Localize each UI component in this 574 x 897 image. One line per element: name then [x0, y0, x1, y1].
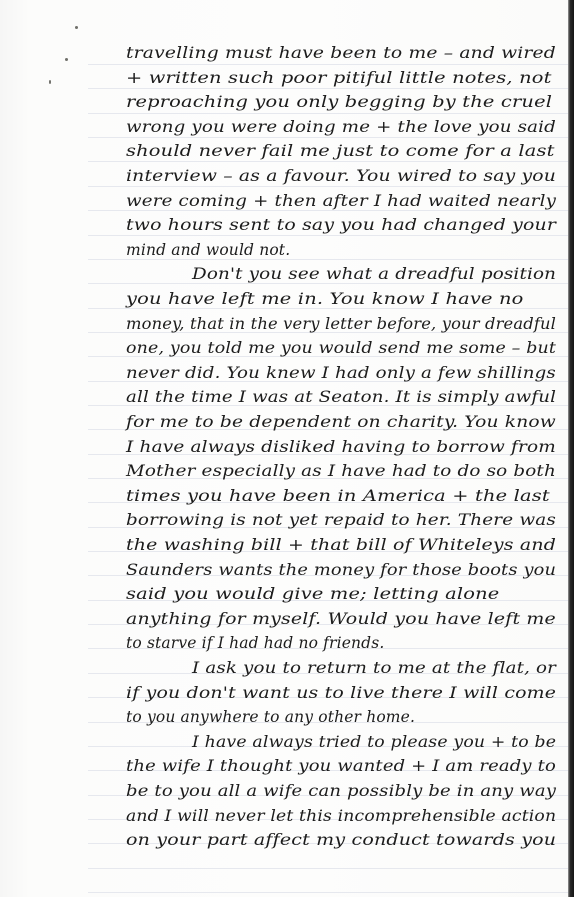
handwritten-line: to you anywhere to any other home.	[126, 710, 415, 726]
handwritten-line: travelling must have been to me – and wi…	[126, 46, 556, 62]
handwritten-line: were coming + then after I had waited ne…	[126, 194, 556, 210]
handwritten-line: the wife I thought you wanted + I am rea…	[126, 759, 556, 775]
handwritten-line: anything for myself. Would you have left…	[126, 612, 556, 628]
handwritten-line: I ask you to return to me at the flat, o…	[192, 661, 556, 677]
handwritten-line: Mother especially as I have had to do so…	[126, 464, 556, 480]
handwritten-line: for me to be dependent on charity. You k…	[126, 415, 556, 431]
handwritten-line: borrowing is not yet repaid to her. Ther…	[126, 513, 556, 529]
handwritten-line: should never fail me just to come for a …	[126, 144, 555, 160]
handwritten-line: said you would give me; letting alone	[126, 587, 499, 603]
handwritten-line: reproaching you only begging by the crue…	[126, 95, 552, 111]
handwritten-line: on your part affect my conduct towards y…	[126, 833, 556, 849]
handwritten-line: Don't you see what a dreadful position	[192, 267, 556, 283]
handwritten-line: one, you told me you would send me some …	[126, 341, 556, 357]
handwritten-line: to starve if I had had no friends.	[126, 636, 384, 652]
handwritten-line: mind and would not.	[126, 243, 290, 259]
handwritten-line: times you have been in America + the las…	[126, 489, 550, 505]
handwritten-line: wrong you were doing me + the love you s…	[126, 120, 556, 136]
handwritten-line: you have left me in. You know I have no	[126, 292, 524, 308]
handwritten-line: never did. You knew I had only a few shi…	[126, 366, 556, 382]
handwritten-line: interview – as a favour. You wired to sa…	[126, 169, 556, 185]
handwritten-line: if you don't want us to live there I wil…	[126, 686, 556, 702]
handwritten-text: travelling must have been to me – and wi…	[0, 0, 568, 897]
handwritten-line: the washing bill + that bill of Whiteley…	[126, 538, 556, 554]
page-edge-shadow	[568, 0, 574, 897]
handwritten-line: two hours sent to say you had changed yo…	[126, 218, 556, 234]
handwritten-line: I have always disliked having to borrow …	[126, 440, 556, 456]
letter-page: travelling must have been to me – and wi…	[0, 0, 568, 897]
handwritten-line: all the time I was at Seaton. It is simp…	[126, 390, 556, 406]
handwritten-line: I have always tried to please you + to b…	[192, 735, 556, 751]
handwritten-line: Saunders wants the money for those boots…	[126, 563, 556, 579]
handwritten-line: money, that in the very letter before, y…	[126, 317, 556, 333]
handwritten-line: be to you all a wife can possibly be in …	[126, 784, 556, 800]
handwritten-line: + written such poor pitiful little notes…	[126, 71, 552, 87]
handwritten-line: and I will never let this incomprehensib…	[126, 809, 556, 825]
